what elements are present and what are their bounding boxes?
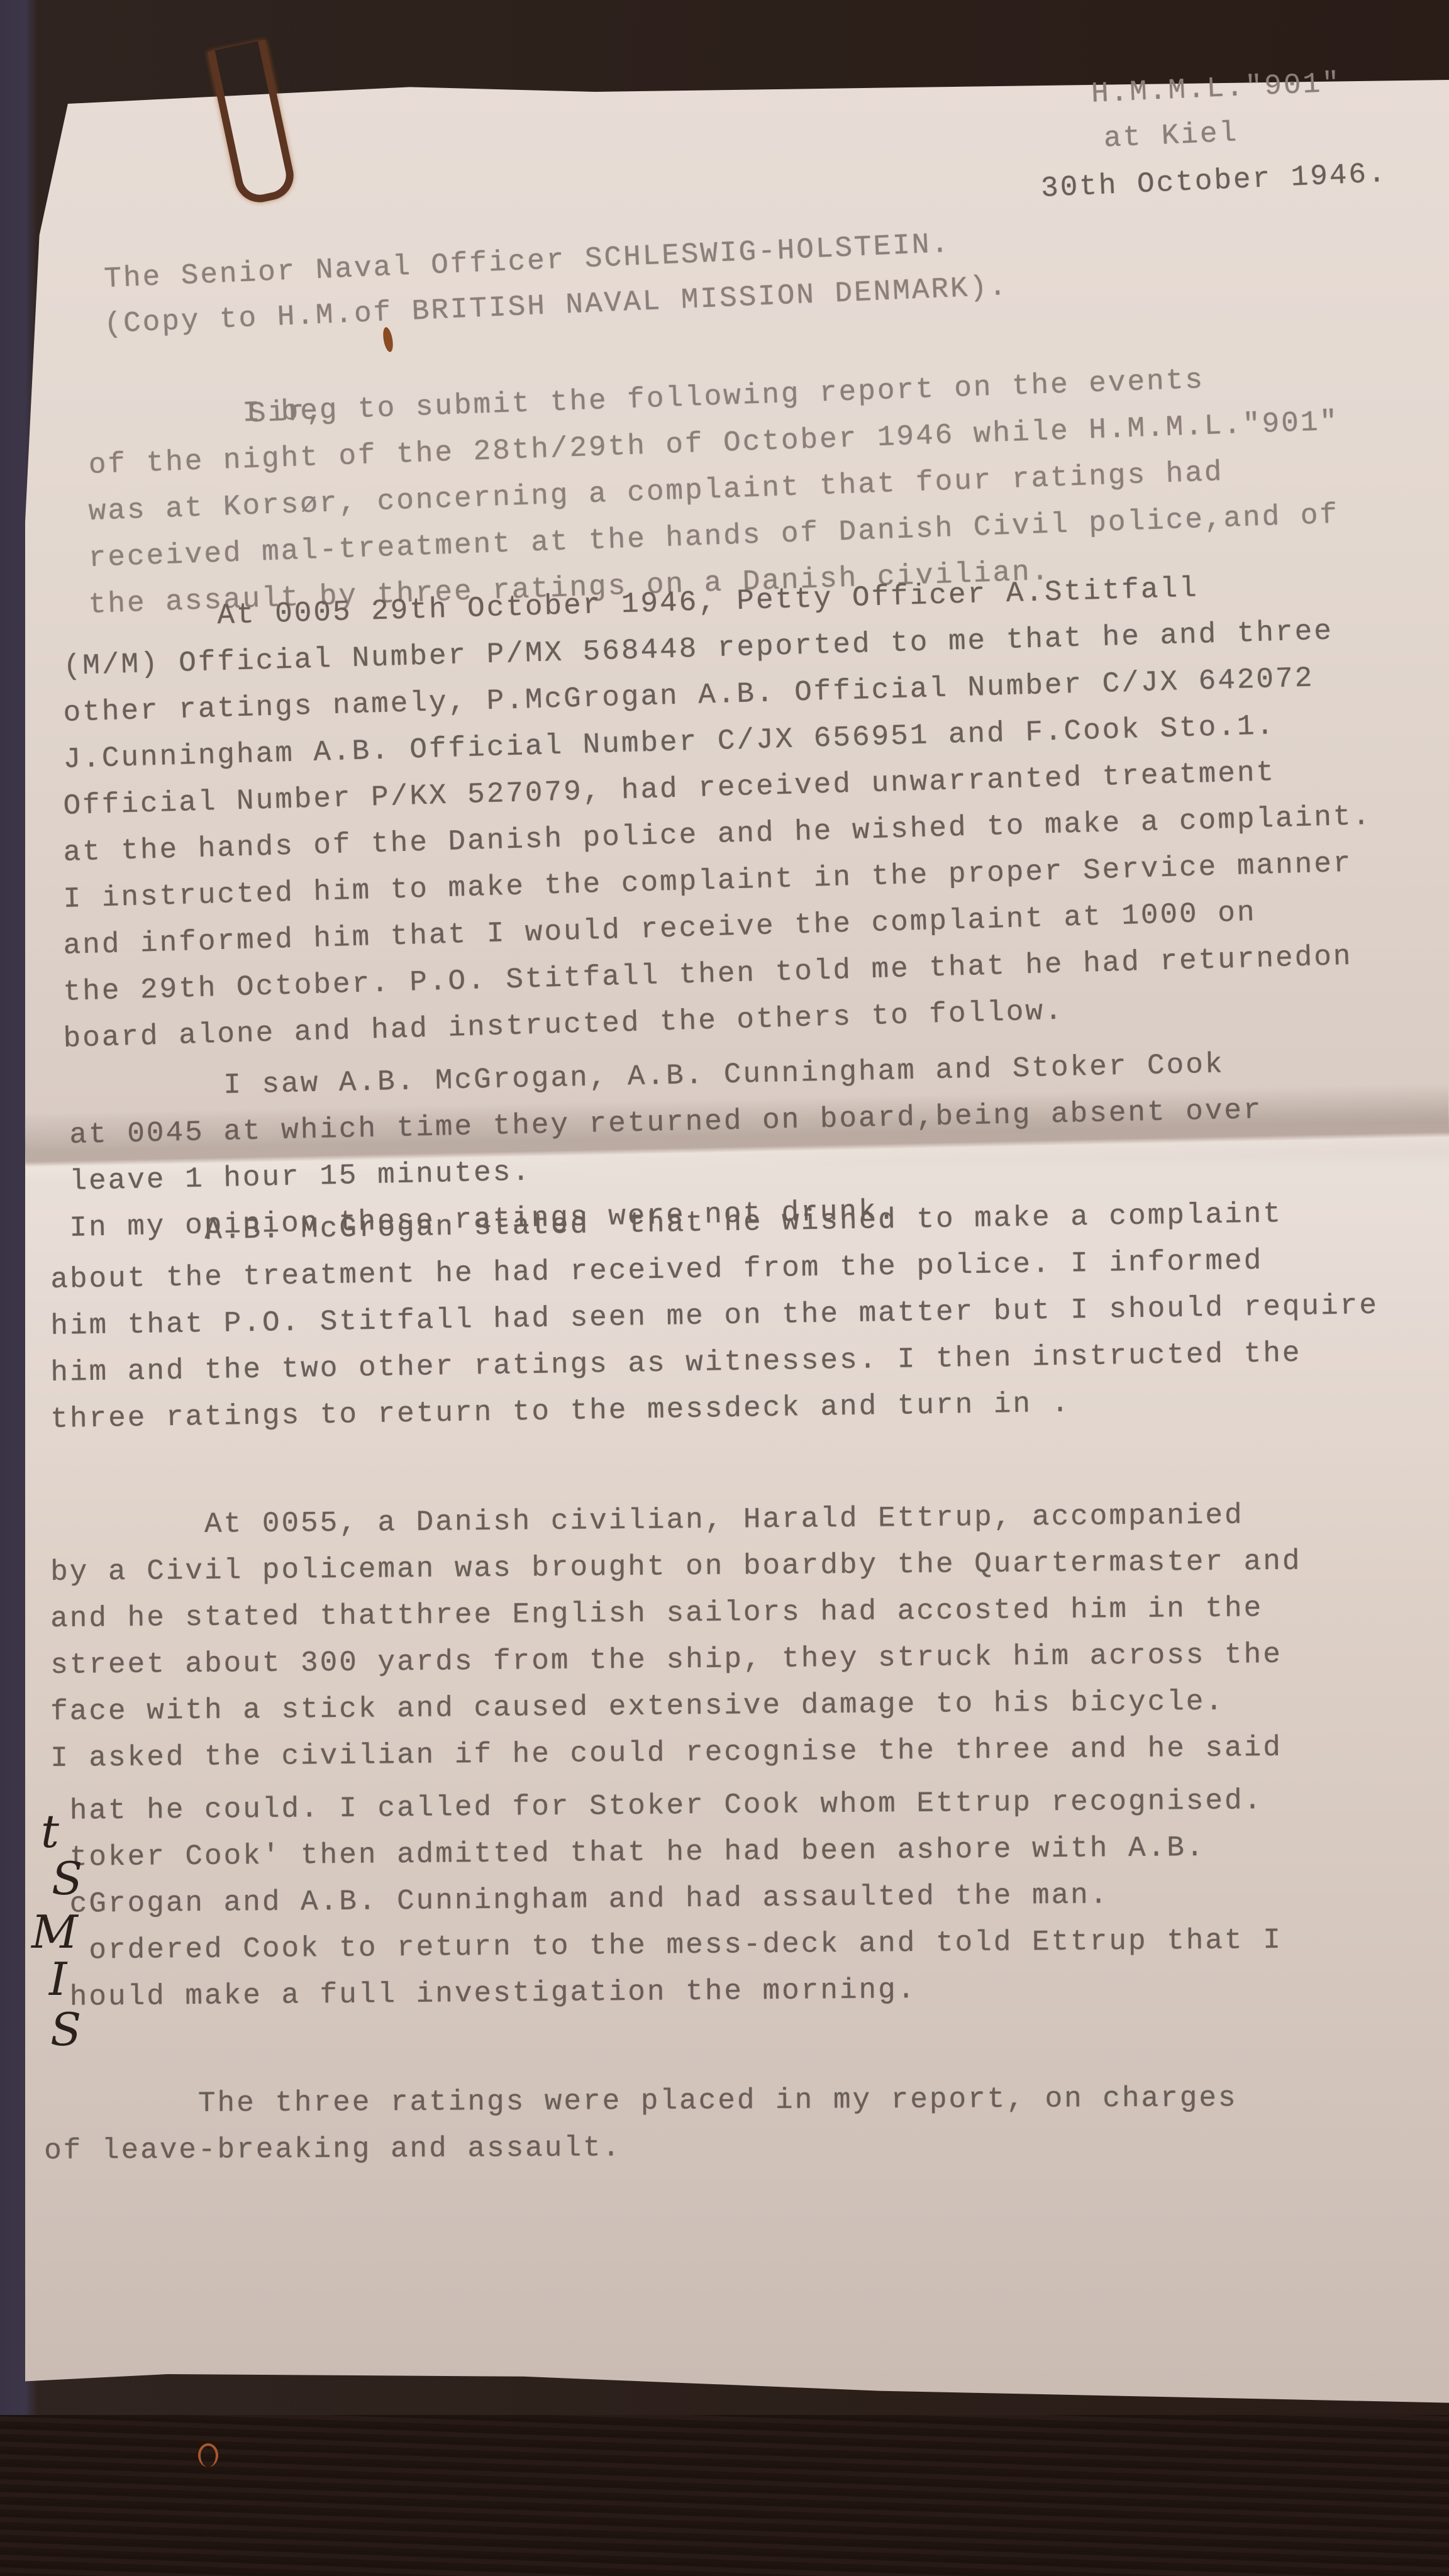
handwritten-correction: I — [49, 1953, 67, 2006]
handwritten-correction: t — [41, 1805, 59, 1858]
handwritten-correction: S — [50, 2003, 81, 2056]
report-line: The three ratings were placed in my repo… — [44, 2082, 1238, 2121]
rust-stain — [198, 2443, 218, 2467]
report-line: of leave-breaking and assault. — [44, 2131, 621, 2167]
header-location: at Kiel — [1103, 116, 1239, 155]
handwritten-correction: S — [52, 1852, 82, 1905]
handwritten-correction: M — [31, 1906, 78, 1958]
table-surface — [0, 2415, 1449, 2576]
